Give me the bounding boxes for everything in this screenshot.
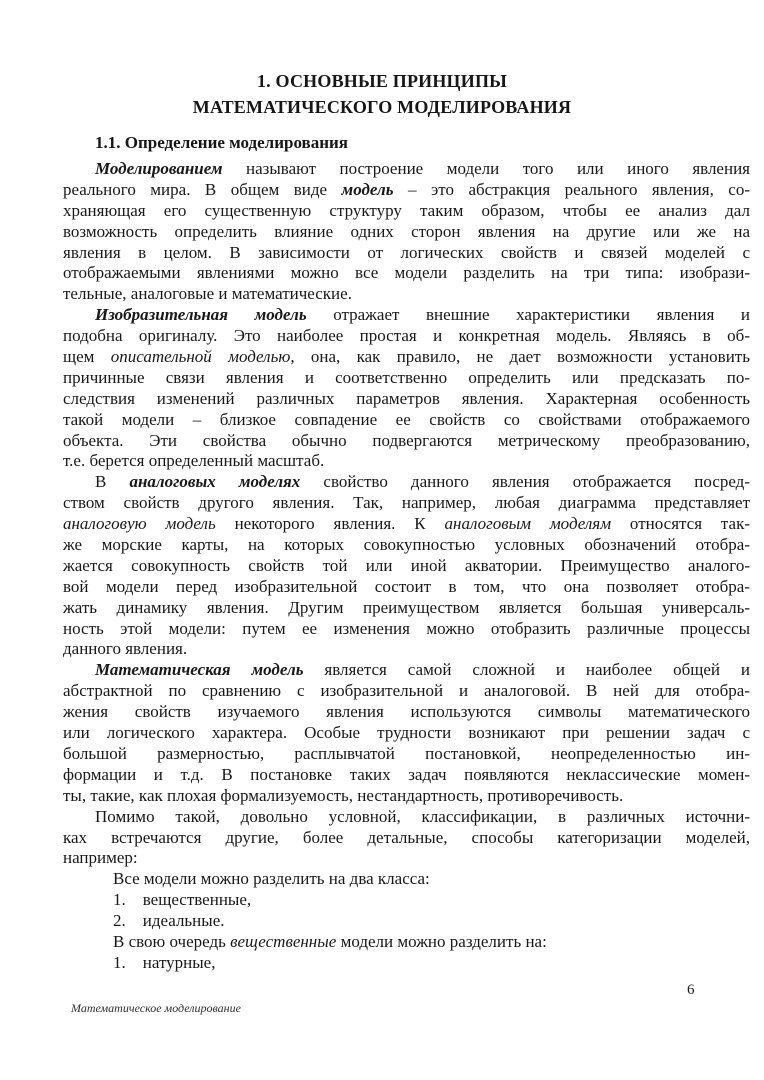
text-run: вещественные [230, 932, 336, 951]
page-number: 6 [687, 982, 695, 999]
text-run: жения свойств изучаемого явления использ… [63, 702, 750, 721]
text-line: например: [63, 848, 750, 869]
text-run: т.е. берется определенный масштаб. [63, 451, 324, 470]
text-run: жать динамику явления. Другим преимущест… [63, 598, 750, 617]
text-run: аналоговую модель [63, 514, 216, 533]
text-run: жается совокупность свойств той или иной… [63, 556, 750, 575]
text-run: такой модели – близкое совпадение ее сво… [63, 410, 750, 429]
text-run: подобна оригиналу. Это наиболее простая … [63, 326, 750, 345]
text-run: объекта. Эти свойства обычно подвергаютс… [63, 431, 750, 450]
text-run: аналоговым моделям [445, 514, 612, 533]
text-line: же морские карты, на которых совокупност… [63, 535, 750, 556]
text-run: ках встречаются другие, более детальные,… [63, 828, 750, 847]
text-run: храняющая его существенную структуру так… [63, 201, 750, 220]
text-run: явления в целом. В зависимости от логиче… [63, 243, 750, 262]
text-line: В свою очередь вещественные модели можно… [63, 932, 750, 953]
text-run: же морские карты, на которых совокупност… [63, 535, 750, 554]
text-run: , она, как правило, не дает возможности … [290, 347, 750, 366]
text-run: Моделированием [95, 159, 223, 178]
text-run: вой модели перед изобразительной состоит… [63, 577, 750, 596]
text-run: свойство данного явления отображается по… [300, 472, 750, 491]
text-run: называют построение модели того или иног… [223, 159, 750, 178]
text-line: или логического характера. Особые трудно… [63, 723, 750, 744]
text-line: жается совокупность свойств той или иной… [63, 556, 750, 577]
text-run: ты, такие, как плохая формализуемость, н… [63, 786, 623, 805]
text-run: Изобразительная модель [95, 305, 307, 324]
text-run: модель [342, 180, 394, 199]
text-line: храняющая его существенную структуру так… [63, 201, 750, 222]
text-line: 1. вещественные, [63, 890, 750, 911]
text-run: ность этой модели: путем ее изменения мо… [63, 619, 750, 638]
text-run: ством свойств другого явления. Так, напр… [63, 493, 750, 512]
text-run: 1. вещественные, [113, 890, 251, 909]
text-line: Все модели можно разделить на два класса… [63, 869, 750, 890]
text-run: Все модели можно разделить на два класса… [113, 869, 430, 888]
text-line: тельные, аналоговые и математические. [63, 284, 750, 305]
text-run: щем [63, 347, 111, 366]
chapter-title: 1. ОСНОВНЫЕ ПРИНЦИПЫ МАТЕМАТИЧЕСКОГО МОД… [0, 68, 764, 120]
text-run: 1. натурные, [113, 953, 215, 972]
text-line: щем описательной моделью, она, как прави… [63, 347, 750, 368]
body-text: Моделированием называют построение модел… [63, 159, 750, 974]
text-run: аналоговых моделях [129, 472, 300, 491]
text-line: большой размерностью, расплывчатой поста… [63, 744, 750, 765]
text-run: тельные, аналоговые и математические. [63, 284, 352, 303]
text-line: ты, такие, как плохая формализуемость, н… [63, 786, 750, 807]
text-line: аналоговую модель некоторого явления. К … [63, 514, 750, 535]
page-background: 1. ОСНОВНЫЕ ПРИНЦИПЫ МАТЕМАТИЧЕСКОГО МОД… [0, 0, 764, 1080]
text-run: данного явления. [63, 639, 187, 658]
text-run: отражает внешние характеристики явления … [307, 305, 750, 324]
text-run: отображаемыми явлениями можно все модели… [63, 263, 750, 282]
text-line: В аналоговых моделях свойство данного яв… [63, 472, 750, 493]
text-run: является самой сложной и наиболее общей … [303, 660, 750, 679]
chapter-title-line-1: 1. ОСНОВНЫЕ ПРИНЦИПЫ [0, 68, 764, 94]
text-line: возможность определить влияние одних сто… [63, 222, 750, 243]
text-run: относятся так- [611, 514, 750, 533]
text-run: Помимо такой, довольно условной, классиф… [95, 807, 750, 826]
text-run: реального мира. В общем виде [63, 180, 342, 199]
text-run: некоторого явления. К [216, 514, 445, 533]
text-line: Математическая модель является самой сло… [63, 660, 750, 681]
text-run: В свою очередь [113, 932, 230, 951]
text-run: абстрактной по сравнению с изобразительн… [63, 681, 750, 700]
text-run: – это абстракция реального явления, со- [394, 180, 750, 199]
text-run: В [95, 472, 129, 491]
text-line: Моделированием называют построение модел… [63, 159, 750, 180]
text-line: Изобразительная модель отражает внешние … [63, 305, 750, 326]
text-line: т.е. берется определенный масштаб. [63, 451, 750, 472]
section-heading: 1.1. Определение моделирования [95, 133, 348, 153]
text-run: следствия изменений различных параметров… [63, 389, 750, 408]
text-line: вой модели перед изобразительной состоит… [63, 577, 750, 598]
text-line: такой модели – близкое совпадение ее сво… [63, 410, 750, 431]
text-run: или логического характера. Особые трудно… [63, 723, 750, 742]
text-line: явления в целом. В зависимости от логиче… [63, 243, 750, 264]
text-run: Математическая модель [95, 660, 303, 679]
document-page: { "page": { "title_lines": ["1. ОСНОВНЫЕ… [0, 0, 764, 1080]
text-line: объекта. Эти свойства обычно подвергаютс… [63, 431, 750, 452]
text-line: следствия изменений различных параметров… [63, 389, 750, 410]
footer-running-title: Математическое моделирование [71, 1001, 241, 1016]
text-run: 2. идеальные. [113, 911, 225, 930]
text-run: например: [63, 848, 138, 867]
text-line: 1. натурные, [63, 953, 750, 974]
text-line: ках встречаются другие, более детальные,… [63, 828, 750, 849]
text-line: Помимо такой, довольно условной, классиф… [63, 807, 750, 828]
text-line: причинные связи явления и соответственно… [63, 368, 750, 389]
text-line: отображаемыми явлениями можно все модели… [63, 263, 750, 284]
text-line: абстрактной по сравнению с изобразительн… [63, 681, 750, 702]
text-line: формации и т.д. В постановке таких задач… [63, 765, 750, 786]
text-line: подобна оригиналу. Это наиболее простая … [63, 326, 750, 347]
text-line: ством свойств другого явления. Так, напр… [63, 493, 750, 514]
text-line: реального мира. В общем виде модель – эт… [63, 180, 750, 201]
text-run: причинные связи явления и соответственно… [63, 368, 750, 387]
text-line: данного явления. [63, 639, 750, 660]
text-line: жать динамику явления. Другим преимущест… [63, 598, 750, 619]
text-line: 2. идеальные. [63, 911, 750, 932]
text-run: большой размерностью, расплывчатой поста… [63, 744, 750, 763]
chapter-title-line-2: МАТЕМАТИЧЕСКОГО МОДЕЛИРОВАНИЯ [0, 94, 764, 120]
text-run: возможность определить влияние одних сто… [63, 222, 750, 241]
text-line: ность этой модели: путем ее изменения мо… [63, 619, 750, 640]
text-line: жения свойств изучаемого явления использ… [63, 702, 750, 723]
text-run: модели можно разделить на: [336, 932, 547, 951]
text-run: формации и т.д. В постановке таких задач… [63, 765, 750, 784]
text-run: описательной моделью [111, 347, 291, 366]
